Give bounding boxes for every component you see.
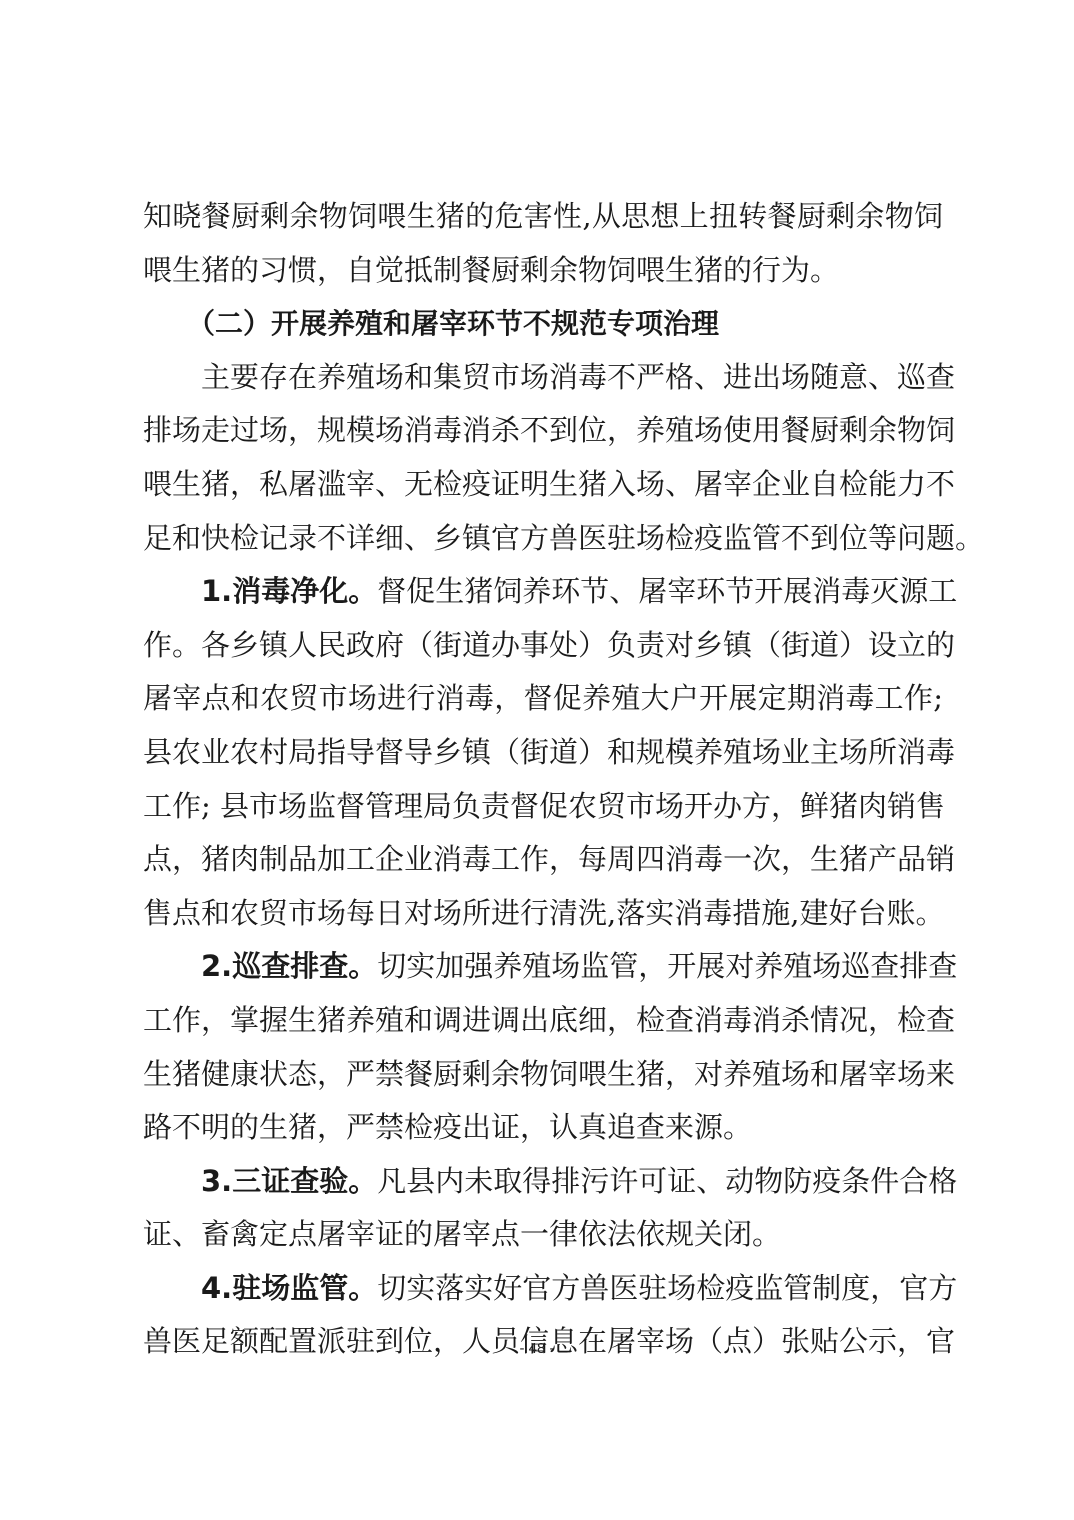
item-first-line: 2.巡查排查。切实加强养殖场监管，开展对养殖场巡查排查 — [143, 940, 943, 994]
body-text-line: 足和快检记录不详细、乡镇官方兽医驻场检疫监管不到位等问题。 — [143, 512, 943, 566]
body-text-line: 主要存在养殖场和集贸市场消毒不严格、进出场随意、巡查 — [143, 351, 943, 405]
page-number: - 48 - — [0, 1340, 1074, 1357]
body-text-line: 工作，掌握生猪养殖和调进调出底细，检查消毒消杀情况，检查 — [143, 994, 943, 1048]
item-text: 督促生猪饲养环节、屠宰环节开展消毒灭源工 — [377, 574, 957, 608]
item-first-line: 1.消毒净化。督促生猪饲养环节、屠宰环节开展消毒灭源工 — [143, 565, 943, 619]
section-heading: （二）开展养殖和屠宰环节不规范专项治理 — [143, 297, 943, 351]
item-lead-title: 4.驻场监管。 — [201, 1271, 377, 1305]
body-text-line: 县农业农村局指导督导乡镇（街道）和规模养殖场业主场所消毒 — [143, 726, 943, 780]
item-text: 凡县内未取得排污许可证、动物防疫条件合格 — [377, 1164, 957, 1198]
item-text: 切实落实好官方兽医驻场检疫监管制度，官方 — [377, 1271, 957, 1305]
body-text-line: 生猪健康状态，严禁餐厨剩余物饲喂生猪，对养殖场和屠宰场来 — [143, 1048, 943, 1102]
body-text-line: 点，猪肉制品加工企业消毒工作，每周四消毒一次，生猪产品销 — [143, 833, 943, 887]
body-text-line: 喂生猪的习惯，自觉抵制餐厨剩余物饲喂生猪的行为。 — [143, 244, 943, 298]
item-first-line: 3.三证查验。凡县内未取得排污许可证、动物防疫条件合格 — [143, 1155, 943, 1209]
item-lead-title: 1.消毒净化。 — [201, 574, 377, 608]
document-page: 知晓餐厨剩余物饲喂生猪的危害性,从思想上扭转餐厨剩余物饲 喂生猪的习惯，自觉抵制… — [143, 190, 943, 1369]
body-text-line: 证、畜禽定点屠宰证的屠宰点一律依法依规关闭。 — [143, 1208, 943, 1262]
body-text-line: 知晓餐厨剩余物饲喂生猪的危害性,从思想上扭转餐厨剩余物饲 — [143, 190, 943, 244]
item-lead-title: 3.三证查验。 — [201, 1164, 377, 1198]
body-text-line: 屠宰点和农贸市场进行消毒，督促养殖大户开展定期消毒工作; — [143, 672, 943, 726]
item-text: 切实加强养殖场监管，开展对养殖场巡查排查 — [377, 949, 957, 983]
body-text-line: 作。各乡镇人民政府（街道办事处）负责对乡镇（街道）设立的 — [143, 619, 943, 673]
body-text-line: 路不明的生猪，严禁检疫出证，认真追查来源。 — [143, 1101, 943, 1155]
body-text-line: 喂生猪，私屠滥宰、无检疫证明生猪入场、屠宰企业自检能力不 — [143, 458, 943, 512]
body-text-line: 工作; 县市场监督管理局负责督促农贸市场开办方，鲜猪肉销售 — [143, 780, 943, 834]
item-first-line: 4.驻场监管。切实落实好官方兽医驻场检疫监管制度，官方 — [143, 1262, 943, 1316]
body-text-line: 售点和农贸市场每日对场所进行清洗,落实消毒措施,建好台账。 — [143, 887, 943, 941]
item-lead-title: 2.巡查排查。 — [201, 949, 377, 983]
body-text-line: 排场走过场，规模场消毒消杀不到位，养殖场使用餐厨剩余物饲 — [143, 404, 943, 458]
